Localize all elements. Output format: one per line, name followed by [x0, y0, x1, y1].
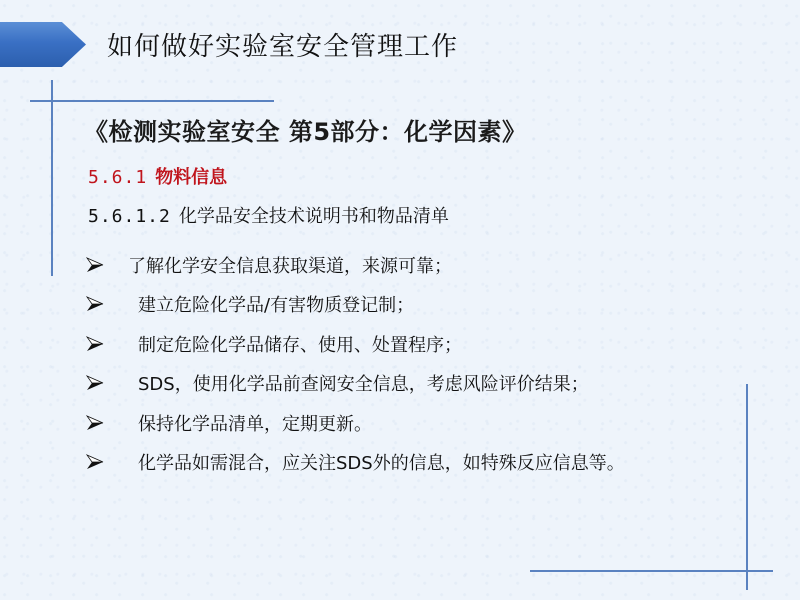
section-label: 物料信息 — [155, 167, 227, 188]
bullet-text: 制定危险化学品储存、使用、处置程序； — [138, 331, 462, 357]
arrow-bullet-icon — [86, 336, 104, 352]
arrow-bullet-icon — [86, 415, 104, 431]
decor-line-bottom-right-vertical — [746, 384, 748, 590]
bullet-list: 了解化学安全信息获取渠道，来源可靠； 建立危险化学品/有害物质登记制； 制定危险… — [86, 245, 104, 482]
arrow-bullet-icon — [86, 296, 104, 312]
bullet-text: 建立危险化学品/有害物质登记制； — [138, 291, 414, 317]
list-item: SDS，使用化学品前查阅安全信息，考虑风险评价结果； — [86, 364, 104, 404]
list-item: 建立危险化学品/有害物质登记制； — [86, 285, 104, 325]
document-title: 《检测实验室安全 第5部分：化学因素》 — [84, 116, 527, 148]
slide-header-title: 如何做好实验室安全管理工作 — [107, 30, 458, 64]
list-item: 制定危险化学品储存、使用、处置程序； — [86, 324, 104, 364]
header-arrow-shape — [0, 22, 86, 67]
section-heading: 5.6.1物料信息 — [88, 165, 227, 191]
list-item: 化学品如需混合，应关注SDS外的信息，如特殊反应信息等。 — [86, 443, 104, 483]
slide: 如何做好实验室安全管理工作 《检测实验室安全 第5部分：化学因素》 5.6.1物… — [0, 0, 800, 600]
arrow-bullet-icon — [86, 454, 104, 470]
decor-line-top-left-horizontal — [30, 100, 274, 102]
subsection-label: 化学品安全技术说明书和物品清单 — [179, 206, 449, 227]
bullet-text: 化学品如需混合，应关注SDS外的信息，如特殊反应信息等。 — [138, 449, 625, 475]
list-item: 了解化学安全信息获取渠道，来源可靠； — [86, 245, 104, 285]
subsection-heading: 5.6.1.2化学品安全技术说明书和物品清单 — [88, 204, 449, 230]
bullet-text: 保持化学品清单，定期更新。 — [138, 410, 372, 436]
subsection-number: 5.6.1.2 — [88, 206, 171, 227]
list-item: 保持化学品清单，定期更新。 — [86, 403, 104, 443]
decor-line-top-left-vertical — [51, 80, 53, 276]
bullet-text: 了解化学安全信息获取渠道，来源可靠； — [128, 252, 452, 278]
arrow-bullet-icon — [86, 375, 104, 391]
bullet-text: SDS，使用化学品前查阅安全信息，考虑风险评价结果； — [138, 370, 589, 396]
arrow-bullet-icon — [86, 257, 104, 273]
section-number: 5.6.1 — [88, 167, 147, 188]
decor-line-bottom-right-horizontal — [530, 570, 773, 572]
